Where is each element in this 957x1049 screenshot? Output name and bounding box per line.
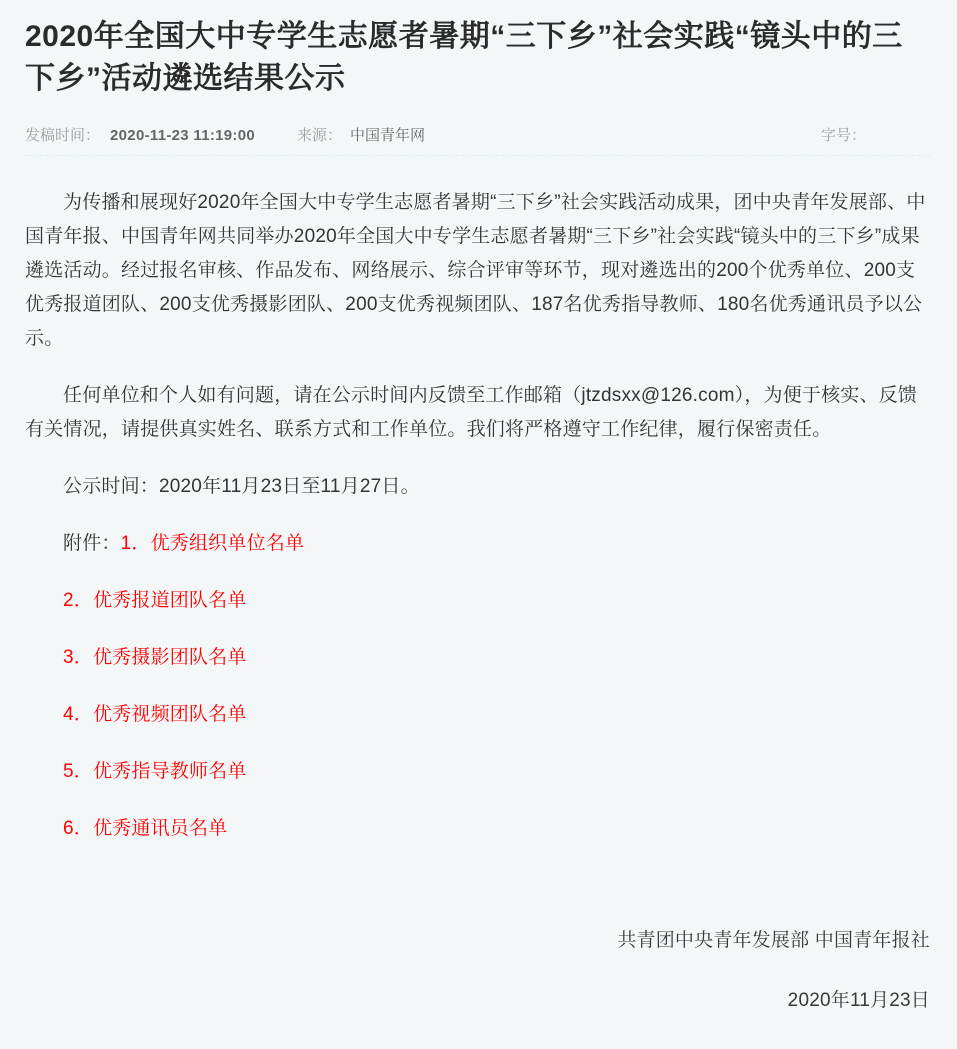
attachment-line-4: 4．优秀视频团队名单 — [25, 698, 930, 732]
attachment-line-3: 3．优秀摄影团队名单 — [25, 641, 930, 675]
attachment-link-photography-teams[interactable]: 3．优秀摄影团队名单 — [63, 647, 247, 668]
attachment-line-2: 2．优秀报道团队名单 — [25, 584, 930, 618]
attachment-line-5: 5．优秀指导教师名单 — [25, 755, 930, 789]
attachment-line-1: 附件：1．优秀组织单位名单 — [25, 527, 930, 561]
article-body: 为传播和展现好2020年全国大中专学生志愿者暑期“三下乡”社会实践活动成果，团中… — [25, 186, 930, 1018]
paragraph-intro: 为传播和展现好2020年全国大中专学生志愿者暑期“三下乡”社会实践活动成果，团中… — [25, 186, 930, 356]
attachment-link-video-teams[interactable]: 4．优秀视频团队名单 — [63, 704, 247, 725]
attachments-label: 附件： — [63, 533, 121, 554]
publish-time-label: 发稿时间： — [25, 124, 100, 145]
attachment-line-6: 6．优秀通讯员名单 — [25, 812, 930, 846]
issuer-signature: 共青团中央青年发展部 中国青年报社 — [25, 924, 930, 958]
attachment-link-guidance-teachers[interactable]: 5．优秀指导教师名单 — [63, 761, 247, 782]
attachment-link-organization-units[interactable]: 1．优秀组织单位名单 — [121, 533, 305, 554]
publish-time-value: 2020-11-23 11:19:00 — [110, 127, 255, 144]
paragraph-publicity-period: 公示时间：2020年11月23日至11月27日。 — [25, 470, 930, 504]
issue-date: 2020年11月23日 — [25, 984, 930, 1018]
article-meta-bar: 发稿时间： 2020-11-23 11:19:00 来源： 中国青年网 字号： — [25, 124, 930, 156]
source-value: 中国青年网 — [350, 124, 425, 145]
page-title: 2020年全国大中专学生志愿者暑期“三下乡”社会实践“镜头中的三下乡”活动遴选结… — [25, 16, 930, 100]
attachment-link-correspondents[interactable]: 6．优秀通讯员名单 — [63, 818, 227, 839]
source-label: 来源： — [297, 124, 342, 145]
font-size-label: 字号： — [821, 124, 866, 145]
attachment-link-report-teams[interactable]: 2．优秀报道团队名单 — [63, 590, 247, 611]
paragraph-feedback: 任何单位和个人如有问题，请在公示时间内反馈至工作邮箱（jtzdsxx@126.c… — [25, 379, 930, 447]
article-page: 2020年全国大中专学生志愿者暑期“三下乡”社会实践“镜头中的三下乡”活动遴选结… — [0, 0, 957, 1049]
